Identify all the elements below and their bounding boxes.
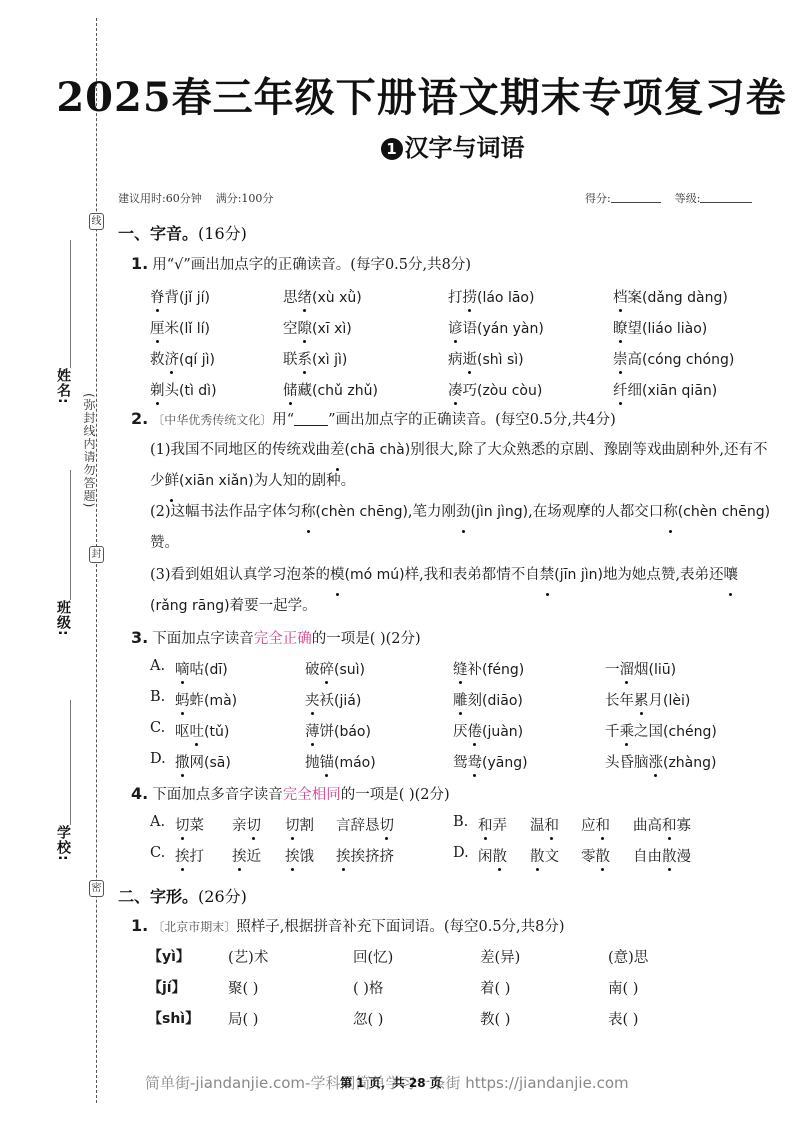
seal-note: (弥封线内请勿答题) [81,393,98,508]
time-label: 建议用时:60分钟 [118,192,202,205]
full-score-label: 满分:100分 [216,192,274,205]
option-word: 抛锚(máo) [305,751,376,772]
option-word: 闲散 [478,845,507,866]
exam-meta: 建议用时:60分钟 满分:100分 [118,190,273,206]
seal-mark-mi: 密 [89,880,104,897]
option-word: 一溜烟(liū) [605,658,676,679]
pinyin-item: 崇高(cóng chóng) [613,348,734,369]
pinyin-item: 思绪(xù xǜ) [283,286,362,307]
option-label[interactable]: A. [150,658,165,674]
score-label: 得分: [585,192,611,205]
option-word: 挨打 [175,845,204,866]
paragraph-1: (1)我国不同地区的传统戏曲差(chā chà)别很大,除了大众熟悉的京剧、豫剧… [150,435,775,497]
section-heading: 二、字形。(26分) [118,884,247,907]
score-blank[interactable] [611,193,661,203]
option-word: 曲高和寡 [633,814,691,835]
option-label[interactable]: D. [150,751,166,767]
pinyin-item: 联系(xì jì) [283,348,347,369]
pinyin-choice[interactable]: (chèn chēng) [316,504,408,520]
pinyin-choice[interactable]: (xì jì) [312,352,347,368]
pinyin-choice[interactable]: (lǐ lí) [179,321,210,337]
pinyin-choice[interactable]: (xī xì) [312,321,352,337]
fill-blank-word[interactable]: 教( ) [480,1008,510,1029]
pinyin-choice[interactable]: (jīn jìn) [554,567,603,583]
paragraph-2: (2)这幅书法作品字体匀称(chèn chēng),笔力刚劲(jìn jìng)… [150,497,775,559]
option-word: 自由散漫 [633,845,691,866]
option-word: 亲切 [232,814,261,835]
option-word: 破碎(suì) [305,658,365,679]
option-word: 夹袄(jiá) [305,689,361,710]
fill-blank-word[interactable]: ( )格 [353,977,383,998]
pinyin-choice[interactable]: (liáo liào) [642,321,707,337]
pinyin-choice[interactable]: (xiān qiān) [642,383,717,399]
pinyin-item: 打捞(láo lāo) [448,286,534,307]
seal-mark-xian: 线 [89,213,104,230]
pinyin-item: 救济(qí jì) [150,348,215,369]
pinyin-choice[interactable]: (mó mú) [345,567,405,583]
name-label: 姓名: [53,368,73,405]
option-word: 切割 [285,814,314,835]
emphasis-text: 完全相同 [283,787,341,803]
fill-blank-word[interactable]: 忽( ) [353,1008,383,1029]
option-label[interactable]: C. [150,720,165,736]
option-word: 缝补(féng) [453,658,524,679]
question-1-2: 2.〔中华优秀传统文化〕用“”画出加点字的正确读音。(每空0.5分,共4分) [131,408,616,429]
option-word: 零散 [581,845,610,866]
option-label[interactable]: C. [150,845,165,861]
pinyin-item: 谚语(yán yàn) [448,317,544,338]
option-word: 言辞恳切 [336,814,394,835]
pinyin-item: 瞭望(liáo liào) [613,317,707,338]
fill-blank-word[interactable]: 差(异) [480,946,520,967]
pinyin-choice[interactable]: (rǎng rāng) [150,598,230,614]
option-word: 呕吐(tǔ) [175,720,229,741]
option-word: 撒网(sā) [175,751,231,772]
option-word: 散文 [530,845,559,866]
grade-blank[interactable] [700,193,752,203]
option-word: 薄饼(báo) [305,720,371,741]
option-word: 鸳鸯(yāng) [453,751,528,772]
class-field-line[interactable] [70,470,71,600]
pinyin-item: 储藏(chǔ zhǔ) [283,379,378,400]
emphasis-text: 完全正确 [254,631,312,647]
option-word: 和弄 [478,814,507,835]
option-word: 应和 [581,814,610,835]
pinyin-item: 脊背(jǐ jí) [150,286,210,307]
fill-blank-word[interactable]: 南( ) [608,977,638,998]
pinyin-item: 纤细(xiān qiān) [613,379,717,400]
seal-mark-feng: 封 [89,546,104,563]
fill-blank-word[interactable]: 表( ) [608,1008,638,1029]
pinyin-choice[interactable]: (yán yàn) [477,321,544,337]
pinyin-choice[interactable]: (chā chà) [345,442,411,458]
pinyin-choice[interactable]: (jìn jìng) [471,504,529,520]
option-label[interactable]: B. [150,689,165,705]
option-label[interactable]: D. [453,845,469,861]
circled-number-icon: 1 [381,138,403,160]
page-title: 2025春三年级下册语文期末专项复习卷 [0,66,793,123]
fill-blank-word[interactable]: (艺)术 [228,946,268,967]
pinyin-bracket: 【shì】 [148,1008,199,1028]
pinyin-item: 空隙(xī xì) [283,317,352,338]
section-heading: 一、字音。(16分) [118,221,247,244]
pinyin-choice[interactable]: (tì dì) [179,383,217,399]
fill-blank-word[interactable]: (意)思 [608,946,648,967]
pinyin-item: 厘米(lǐ lí) [150,317,210,338]
question-1-3: 3.下面加点字读音完全正确的一项是( )(2分) [131,627,421,648]
pinyin-item: 档案(dǎng dàng) [613,286,728,307]
question-2-1: 1.〔北京市期末〕照样子,根据拼音补充下面词语。(每空0.5分,共8分) [131,915,565,936]
question-1-4: 4.下面加点多音字读音完全相同的一项是( )(2分) [131,783,450,804]
score-grade: 得分: 等级: [585,190,752,206]
pinyin-choice[interactable]: (qí jì) [179,352,215,368]
page-number: 第 1 页，共 28 页 [340,1074,442,1091]
option-word: 挨挨挤挤 [336,845,394,866]
pinyin-choice[interactable]: (zòu còu) [477,383,542,399]
pinyin-item: 病逝(shì sì) [448,348,524,369]
pinyin-choice[interactable]: (chǔ zhǔ) [312,383,378,399]
fill-blank-word[interactable]: 着( ) [480,977,510,998]
pinyin-choice[interactable]: (xù xǜ) [312,290,362,306]
option-word: 厌倦(juàn) [453,720,523,741]
pinyin-item: 凑巧(zòu còu) [448,379,542,400]
pinyin-choice[interactable]: (cóng chóng) [642,352,734,368]
pinyin-bracket: 【yì】 [148,946,190,966]
option-word: 雕刻(diāo) [453,689,523,710]
pinyin-choice[interactable]: (xiān xiǎn) [179,473,254,489]
grade-label: 等级: [675,192,701,205]
option-label[interactable]: A. [150,814,165,830]
school-field-line[interactable] [70,700,71,825]
page-subtitle: 1汉字与词语 [0,128,793,163]
option-word: 温和 [530,814,559,835]
fill-blank-word[interactable]: 局( ) [228,1008,258,1029]
option-word: 蚂蚱(mà) [175,689,237,710]
option-word: 长年累月(lèi) [605,689,690,710]
pinyin-choice[interactable]: (chèn chēng) [678,504,770,520]
option-word: 切菜 [175,814,204,835]
pinyin-choice[interactable]: (dǎng dàng) [642,290,728,306]
option-word: 嘀咕(dī) [175,658,228,679]
fill-blank-word[interactable]: 聚( ) [228,977,258,998]
option-word: 挨近 [232,845,261,866]
class-label: 班级: [53,600,73,637]
pinyin-bracket: 【jí】 [148,977,186,997]
pinyin-item: 剃头(tì dì) [150,379,217,400]
underline-mark [294,412,328,426]
pinyin-choice[interactable]: (shì sì) [477,352,524,368]
option-word: 千乘之国(chéng) [605,720,717,741]
question-1-1: 1.用“√”画出加点字的正确读音。(每字0.5分,共8分) [131,253,471,274]
paragraph-3: (3)看到姐姐认真学习泡茶的模(mó mú)样,我和表弟都情不自禁(jīn jì… [150,560,775,622]
school-label: 学校: [53,825,73,862]
pinyin-choice[interactable]: (jǐ jí) [179,290,210,306]
pinyin-choice[interactable]: (láo lāo) [477,290,534,306]
option-word: 头昏脑涨(zhàng) [605,751,716,772]
name-field-line[interactable] [70,240,71,368]
option-word: 挨饿 [285,845,314,866]
fill-blank-word[interactable]: 回(忆) [353,946,393,967]
option-label[interactable]: B. [453,814,468,830]
